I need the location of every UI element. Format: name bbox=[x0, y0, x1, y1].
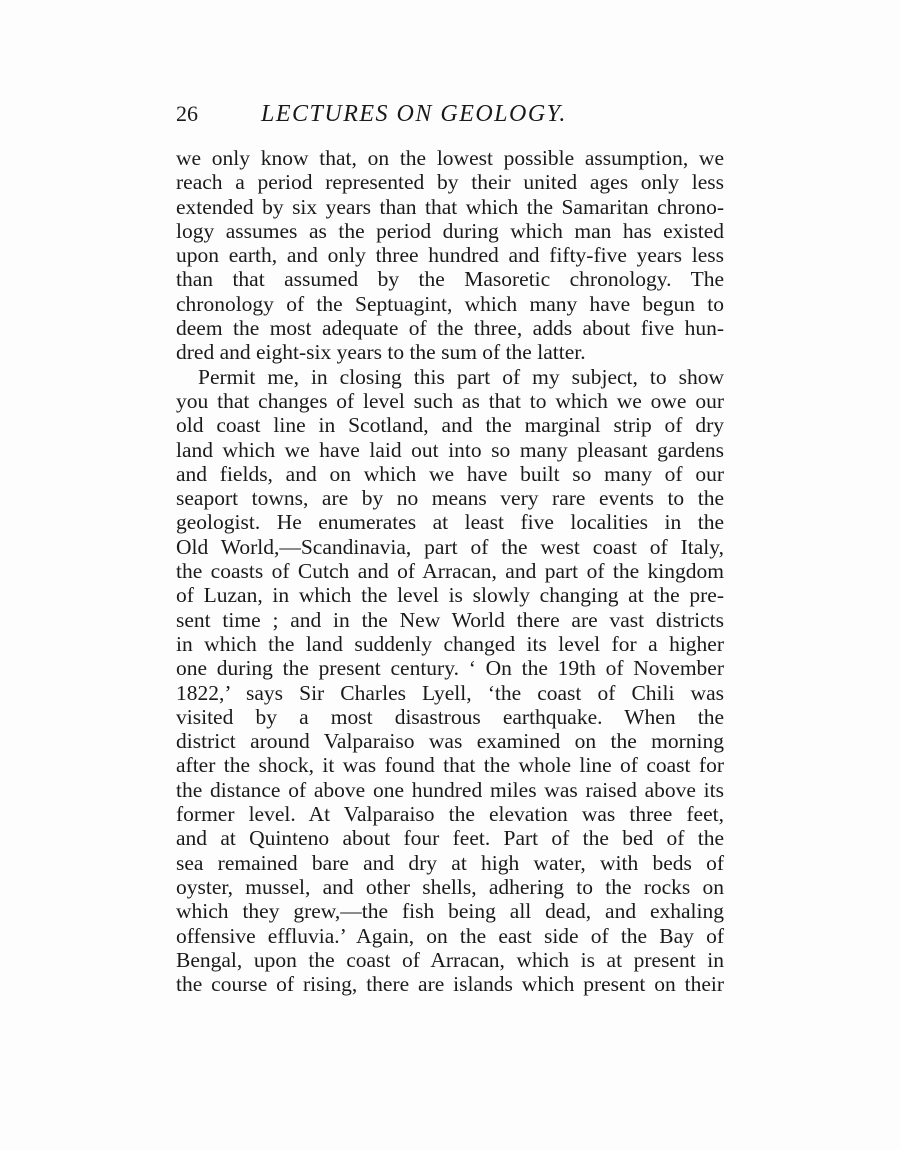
text-line: Permit me, in closing this part of my su… bbox=[176, 365, 724, 389]
text-line: after the shock, it was found that the w… bbox=[176, 753, 724, 777]
text-line: reach a period represented by their unit… bbox=[176, 170, 724, 194]
text-line: chronology of the Septuagint, which many… bbox=[176, 292, 724, 316]
text-line: you that changes of level such as that t… bbox=[176, 389, 724, 413]
page-header: 26 LECTURES ON GEOLOGY. bbox=[176, 101, 724, 131]
text-line: of Luzan, in which the level is slowly c… bbox=[176, 583, 724, 607]
text-line: district around Valparaiso was examined … bbox=[176, 729, 724, 753]
paragraph-2: Permit me, in closing this part of my su… bbox=[176, 365, 724, 997]
text-line: geologist. He enumerates at least five l… bbox=[176, 510, 724, 534]
text-line: deem the most adequate of the three, add… bbox=[176, 316, 724, 340]
text-line: visited by a most disastrous earthquake.… bbox=[176, 705, 724, 729]
text-line: and at Quinteno about four feet. Part of… bbox=[176, 826, 724, 850]
text-line: the course of rising, there are islands … bbox=[176, 972, 724, 996]
page-number: 26 bbox=[176, 101, 198, 127]
text-line: seaport towns, are by no means very rare… bbox=[176, 486, 724, 510]
text-line: offensive effluvia.’ Again, on the east … bbox=[176, 924, 724, 948]
text-line: logy assumes as the period during which … bbox=[176, 219, 724, 243]
book-page: 26 LECTURES ON GEOLOGY. we only know tha… bbox=[0, 0, 900, 1150]
text-line: 1822,’ says Sir Charles Lyell, ‘the coas… bbox=[176, 681, 724, 705]
text-line: which they grew,—the fish being all dead… bbox=[176, 899, 724, 923]
text-line: sent time ; and in the New World there a… bbox=[176, 608, 724, 632]
running-title: LECTURES ON GEOLOGY. bbox=[261, 101, 567, 128]
text-line: land which we have laid out into so many… bbox=[176, 438, 724, 462]
text-line: Bengal, upon the coast of Arracan, which… bbox=[176, 948, 724, 972]
text-line: upon earth, and only three hundred and f… bbox=[176, 243, 724, 267]
text-line: we only know that, on the lowest possibl… bbox=[176, 146, 724, 170]
text-line: sea remained bare and dry at high water,… bbox=[176, 851, 724, 875]
text-line: in which the land suddenly changed its l… bbox=[176, 632, 724, 656]
text-line: old coast line in Scotland, and the marg… bbox=[176, 413, 724, 437]
text-line: oyster, mussel, and other shells, adheri… bbox=[176, 875, 724, 899]
text-line: and fields, and on which we have built s… bbox=[176, 462, 724, 486]
text-line: than that assumed by the Masoretic chron… bbox=[176, 267, 724, 291]
text-line: extended by six years than that which th… bbox=[176, 195, 724, 219]
text-line: dred and eight-six years to the sum of t… bbox=[176, 340, 724, 364]
paragraph-1: we only know that, on the lowest possibl… bbox=[176, 146, 724, 365]
text-line: former level. At Valparaiso the elevatio… bbox=[176, 802, 724, 826]
text-line: Old World,—Scandinavia, part of the west… bbox=[176, 535, 724, 559]
text-line: the coasts of Cutch and of Arracan, and … bbox=[176, 559, 724, 583]
body-text: we only know that, on the lowest possibl… bbox=[176, 146, 724, 996]
text-line: one during the present century. ‘ On the… bbox=[176, 656, 724, 680]
text-line: the distance of above one hundred miles … bbox=[176, 778, 724, 802]
